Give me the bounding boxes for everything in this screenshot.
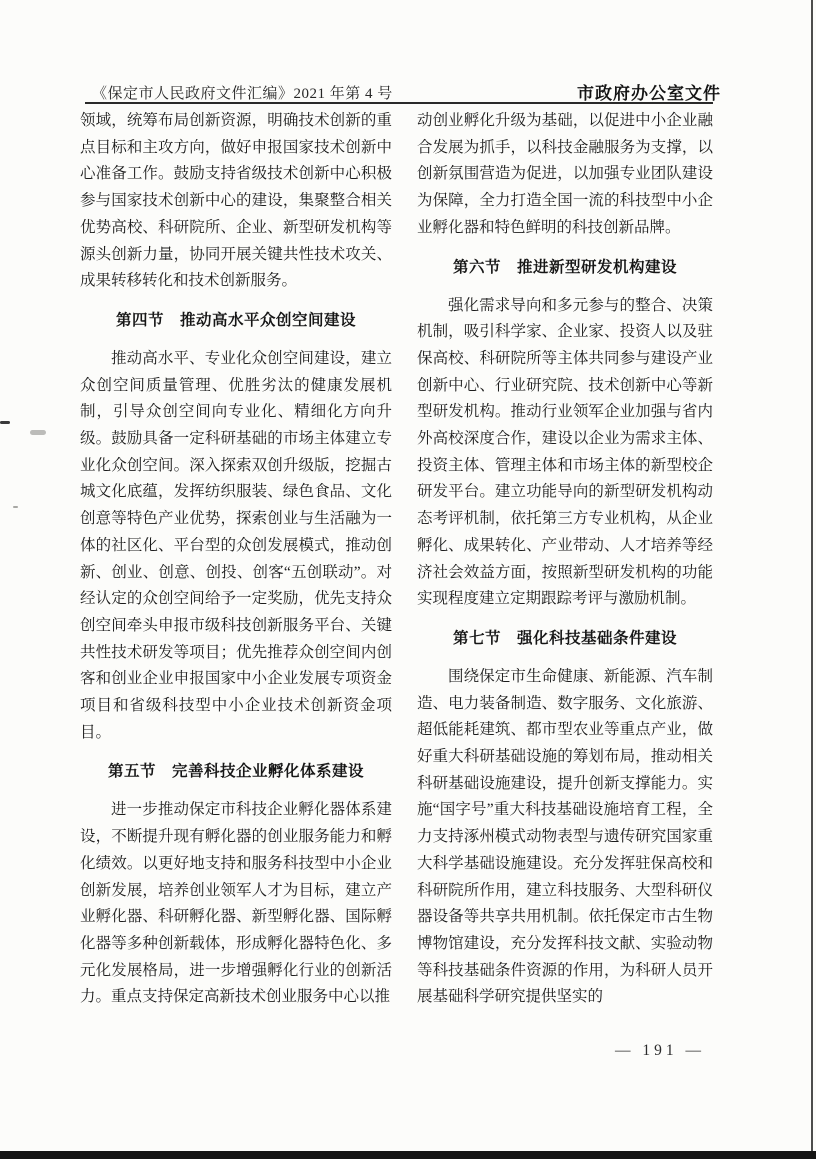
scanned-document-page: 《保定市人民政府文件汇编》2021 年第 4 号 市政府办公室文件 领域，统筹布… xyxy=(0,0,816,1159)
paragraph-continuation: 领域，统筹布局创新资源，明确技术创新的重点目标和主攻方向，做好申报国家技术创新中… xyxy=(80,108,392,295)
right-text-column: 动创业孵化升级为基础，以促进中小企业融合发展为抓手，以科技金融服务为支撑，以创新… xyxy=(417,108,713,1011)
paragraph-section-5: 进一步推动保定市科技企业孵化器体系建设，不断提升现有孵化器的创业服务能力和孵化绩… xyxy=(80,797,392,1011)
section-heading-7: 第七节 强化科技基础条件建设 xyxy=(417,626,713,652)
section-heading-6: 第六节 推进新型研发机构建设 xyxy=(417,255,713,281)
section-heading-4: 第四节 推动高水平众创空间建设 xyxy=(80,308,392,334)
scan-speck xyxy=(30,430,46,435)
paragraph-section-6: 强化需求导向和多元参与的整合、决策机制，吸引科学家、企业家、投资人以及驻保高校、… xyxy=(417,293,713,613)
header-compilation-title: 《保定市人民政府文件汇编》2021 年第 4 号 xyxy=(92,82,393,103)
section-heading-5: 第五节 完善科技企业孵化体系建设 xyxy=(80,759,392,785)
scan-edge-line xyxy=(811,0,813,1159)
paragraph-continuation: 动创业孵化升级为基础，以促进中小企业融合发展为抓手，以科技金融服务为支撑，以创新… xyxy=(417,108,713,242)
scan-edge-bar xyxy=(0,1151,816,1159)
scan-speck xyxy=(0,421,10,424)
page-number: — 191 — xyxy=(560,1042,760,1060)
scan-speck xyxy=(13,506,18,508)
header-divider-rule xyxy=(85,102,713,104)
left-text-column: 领域，统筹布局创新资源，明确技术创新的重点目标和主攻方向，做好申报国家技术创新中… xyxy=(80,108,392,1011)
paragraph-section-7: 围绕保定市生命健康、新能源、汽车制造、电力装备制造、数字服务、文化旅游、超低能耗… xyxy=(417,664,713,1011)
paragraph-section-4: 推动高水平、专业化众创空间建设，建立众创空间质量管理、优胜劣汰的健康发展机制，引… xyxy=(80,346,392,747)
header-document-category: 市政府办公室文件 xyxy=(577,79,721,104)
